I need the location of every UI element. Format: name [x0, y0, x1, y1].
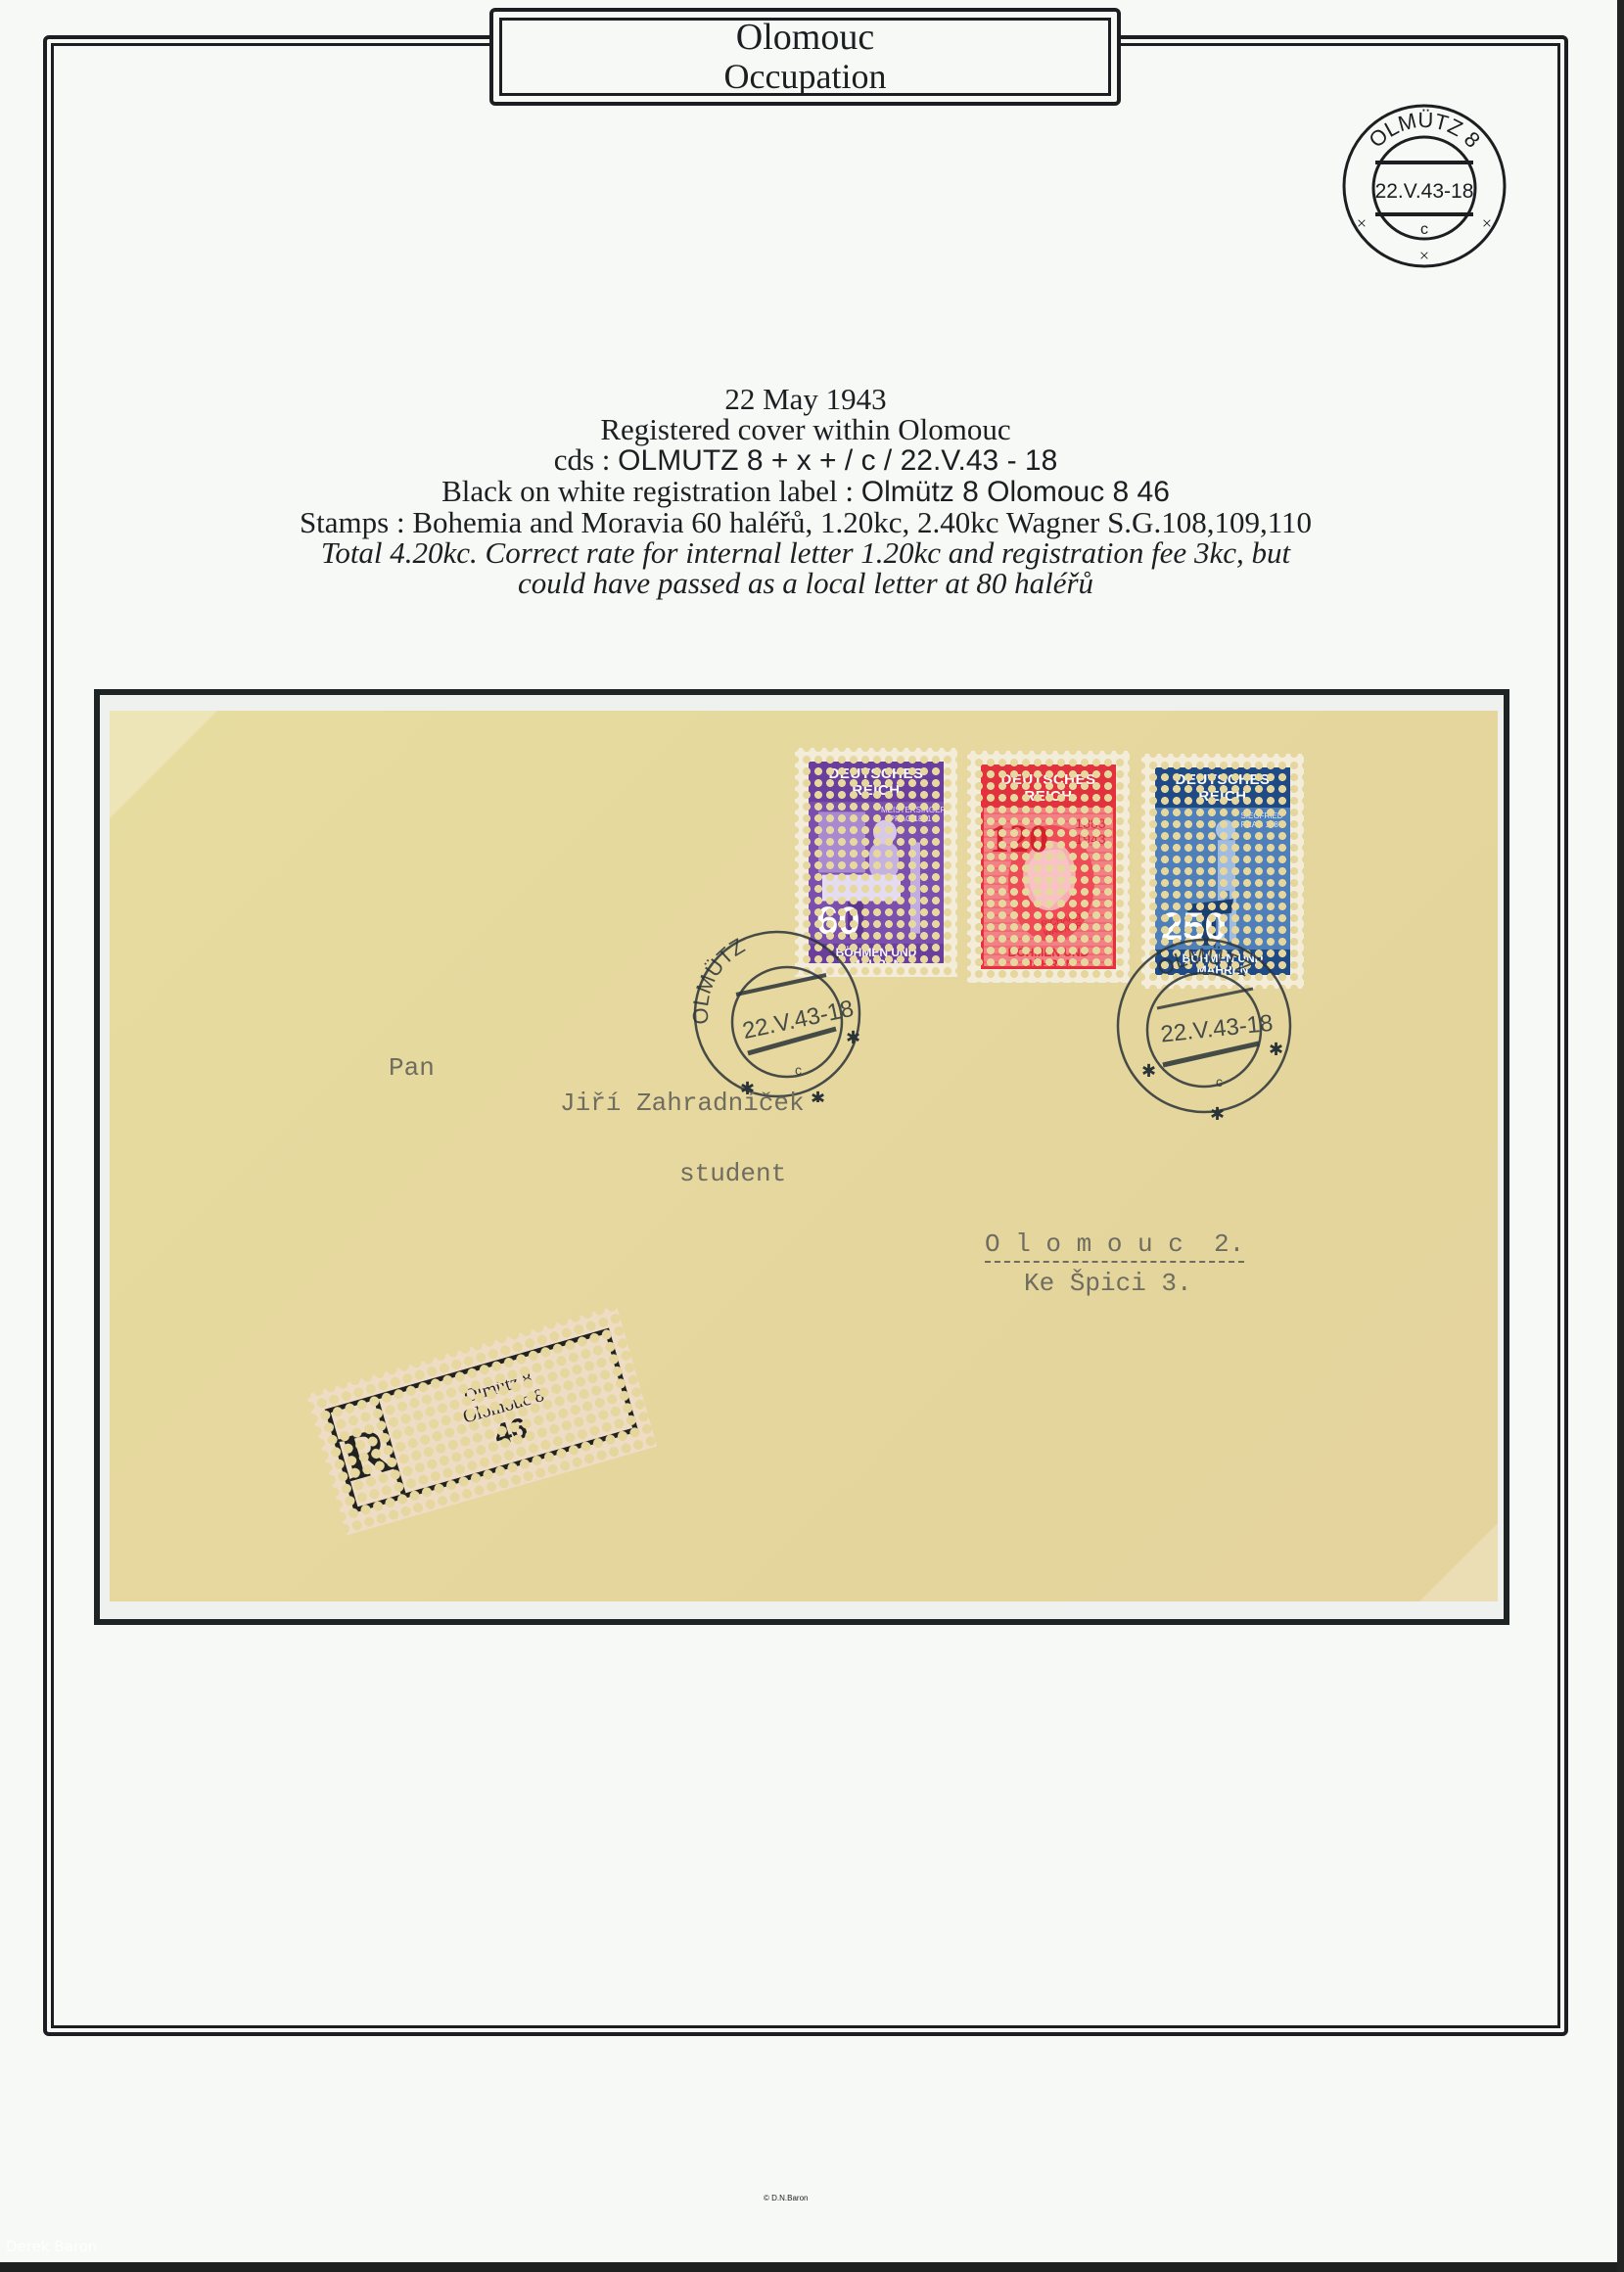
cds-ornament-right: ×	[1482, 213, 1492, 233]
cds-ornament-bottom: ×	[1419, 246, 1429, 265]
page-title: Olomouc	[736, 18, 874, 57]
scan-edge-right	[1617, 0, 1624, 2272]
stamp-header: DEUTSCHES REICH	[984, 767, 1113, 808]
cds-code: c	[1420, 221, 1428, 238]
svg-text:c: c	[1216, 1074, 1223, 1090]
description-cds: cds : OLMUTZ 8 + x + / c / 22.V.43 - 18	[98, 444, 1513, 476]
reg-label-label: Black on white registration label :	[441, 474, 861, 508]
svg-text:OLMÜTZ: OLMÜTZ	[688, 933, 749, 1025]
postmark-left: OLMÜTZ 22.V.43-18 c ✱ ✱ ✱	[679, 916, 875, 1102]
svg-text:✱: ✱	[846, 1028, 860, 1047]
description-note-1: Total 4.20kc. Correct rate for internal …	[98, 537, 1513, 568]
mount-corner-bottom-right	[1419, 1523, 1498, 1601]
address-occupation: student	[679, 1159, 786, 1188]
address-name: Jiří Zahradníček	[560, 1089, 805, 1118]
cds-town: OLMÜTZ 8	[1364, 108, 1485, 153]
cover-mount: DEUTSCHES REICH 60 MEISTERSINGER PRAG 18…	[94, 689, 1509, 1625]
stamp-footer: BÖHMEN UND MÄHREN ČECHY A MORAVA	[984, 944, 1113, 969]
stamp-header: DEUTSCHES REICH	[809, 762, 944, 802]
address-street: Ke Špici 3.	[1024, 1269, 1192, 1298]
cds-ornament-left: ×	[1357, 213, 1367, 233]
svg-text:c: c	[795, 1062, 802, 1078]
page-subtitle: Occupation	[724, 57, 887, 96]
description-date: 22 May 1943	[98, 384, 1513, 414]
stamp-caption: MEISTERSINGER PRAG 1871	[881, 806, 940, 823]
stamp-image-wagner: 120 1883 1943 RICHARD WAGNER	[984, 808, 1113, 944]
svg-text:✱: ✱	[1269, 1040, 1283, 1059]
stamp-header: DEUTSCHES REICH	[1155, 767, 1290, 808]
description-title: Registered cover within Olomouc	[98, 414, 1513, 444]
svg-text:✱: ✱	[811, 1089, 825, 1102]
cds-label: cds :	[554, 442, 618, 477]
registration-label-frame: R Olmütz 8 Olomouc 8 46	[325, 1328, 639, 1513]
description-note-2: could have passed as a local letter at 8…	[98, 568, 1513, 598]
title-box: Olomouc Occupation	[489, 8, 1121, 106]
stamp-footer-line-1: BÖHMEN UND MÄHREN	[984, 947, 1113, 969]
reg-label-value: Olmütz 8 Olomouc 8 46	[861, 476, 1170, 508]
stamp-value: 120	[990, 815, 1048, 861]
stamp-caption: SIEGFRIED PRAG 1887	[1237, 811, 1286, 829]
registration-text: Olmütz 8 Olomouc 8 46	[379, 1334, 632, 1494]
svg-text:✱: ✱	[1210, 1104, 1225, 1124]
cds-value: OLMUTZ 8 + x + / c / 22.V.43 - 18	[618, 444, 1057, 477]
envelope: DEUTSCHES REICH 60 MEISTERSINGER PRAG 18…	[110, 711, 1498, 1601]
scan-edge-bottom	[0, 2262, 1624, 2272]
address-salutation: Pan	[389, 1053, 435, 1083]
title-box-inner: Olomouc Occupation	[499, 18, 1111, 96]
mount-corner-top-left	[110, 711, 217, 818]
cancellation-illustration: OLMÜTZ 8 22.V.43-18 c × × ×	[1326, 98, 1522, 274]
watermark: Derek Baron	[6, 2238, 97, 2255]
postmark-right: OLMÜTZ 22.V.43-18 c ✱ ✱ ✱	[1106, 928, 1302, 1124]
cds-date: 22.V.43-18	[1375, 180, 1474, 203]
registration-number: 46	[490, 1412, 531, 1453]
stamp-caption: 1883 1943	[1074, 815, 1107, 847]
registration-label: R Olmütz 8 Olomouc 8 46	[306, 1305, 658, 1535]
description-stamps: Stamps : Bohemia and Moravia 60 haléřů, …	[98, 507, 1513, 537]
copyright: © D.N.Baron	[764, 2194, 808, 2202]
description-reg-label: Black on white registration label : Olmü…	[98, 476, 1513, 507]
svg-text:✱: ✱	[1141, 1061, 1156, 1081]
description-block: 22 May 1943 Registered cover within Olom…	[98, 384, 1513, 598]
address-city: O l o m o u c 2.	[985, 1229, 1244, 1263]
